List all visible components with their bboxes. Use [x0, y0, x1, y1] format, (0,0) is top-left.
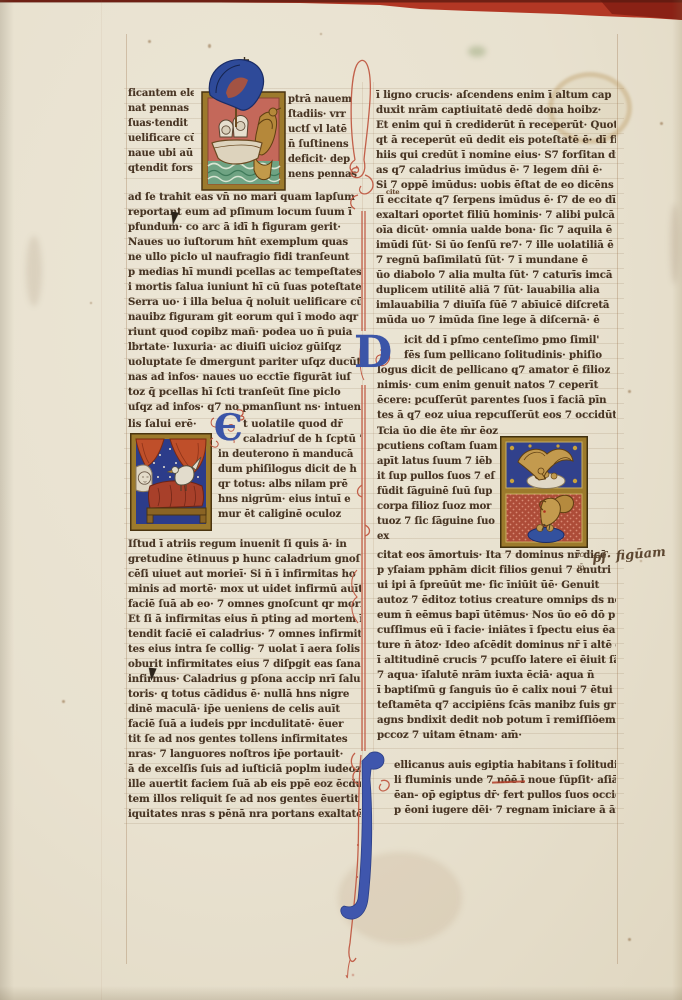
edge-shadow-bottom — [0, 986, 682, 1000]
fox-spot — [320, 33, 322, 35]
vertical-rule-right-outer — [617, 34, 618, 964]
pelican-chapter-lines: ellicanus auis egiptia habitans ī ſolitu… — [394, 758, 616, 818]
right-column-body-lower: citat eos āmortuis· Ita 7 dominus nr̄ di… — [377, 548, 616, 743]
margin-crease — [101, 0, 102, 1000]
gutter-shadow-left — [0, 0, 14, 1000]
initial-p — [341, 752, 384, 919]
margin-ghost-left — [26, 236, 42, 306]
edge-shadow-right — [672, 0, 682, 1000]
right-column-body: ī ligno crucis· aſcendens enim ī altum c… — [376, 88, 616, 328]
miniature-caladrius — [130, 433, 212, 531]
catch-letters-2: m̄ — [577, 563, 585, 572]
book-edge-band — [0, 0, 682, 24]
fox-spot — [62, 700, 65, 703]
fox-spot — [628, 390, 631, 393]
initial-e: Є — [214, 409, 243, 447]
penwork-flourish — [325, 55, 405, 985]
left-column-beside-ship-left: ficantem elenat pennasſuas·tendituelific… — [128, 86, 194, 176]
right-column-d-body: logus dicit de pellicano q7 amator ē fil… — [377, 363, 616, 423]
fox-spot — [148, 40, 151, 43]
fox-spot — [660, 122, 663, 125]
fox-spot — [90, 302, 92, 304]
right-column-d-indented: icit dd ī pſmo centeſimo pmo ſimil'fēs ſ… — [404, 333, 616, 363]
fox-spot — [628, 938, 631, 941]
margin-ghost-right — [670, 204, 679, 284]
nota-flag — [147, 668, 156, 682]
fox-spot — [208, 44, 211, 48]
vertical-rule-left-outer — [126, 34, 127, 964]
miniature-ship — [196, 57, 288, 191]
catch-letters-1: īc — [577, 550, 584, 559]
miniature-pelican — [500, 436, 588, 548]
green-smudge — [468, 46, 486, 57]
manuscript-page: ficantem elenat pennasſuas·tendituelific… — [0, 0, 682, 1000]
split-line-left: lis ſalui erē· — [128, 417, 212, 432]
